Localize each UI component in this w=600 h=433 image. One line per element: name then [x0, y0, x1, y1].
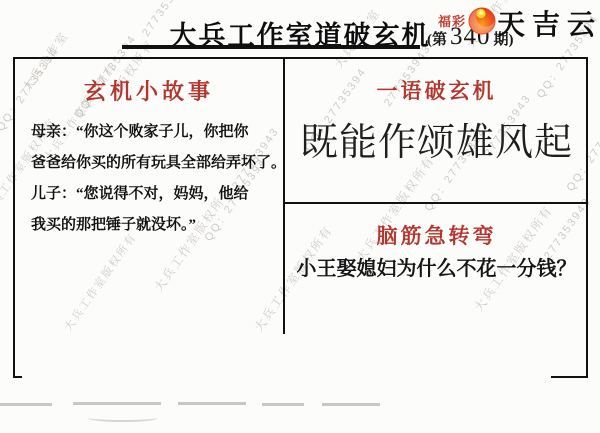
riddle-text: 小王娶媳妇为什么不花一分钱？: [285, 252, 588, 281]
box-bottom-border-left-segment: [13, 376, 22, 378]
panel-phrase: 一语破玄机 既能作颂雄风起: [285, 59, 588, 202]
brand-logo-group: 福彩 天吉云: [438, 2, 600, 43]
scan-artifact: [88, 414, 158, 422]
panel-story: 玄机小故事 母亲：“你这个败家子儿，你把你 爸爸给你买的所有玩具全部给弄坏了。 …: [15, 59, 283, 380]
story-title: 玄机小故事: [15, 75, 283, 106]
brand-fucai-label: 福彩: [438, 11, 466, 30]
content-box: 玄机小故事 母亲：“你这个败家子儿，你把你 爸爸给你买的所有玩具全部给弄坏了。 …: [13, 57, 588, 378]
phrase-text: 既能作颂雄风起: [285, 111, 588, 166]
scan-artifact: [178, 402, 246, 405]
story-line: 爸爸给你买的所有玩具全部给弄坏了。: [31, 148, 275, 179]
flame-swirl-icon: [466, 4, 498, 36]
title-underline: [122, 45, 420, 49]
riddle-title: 脑筋急转弯: [285, 220, 588, 250]
brand-tianjiyun-label: 天吉云: [497, 3, 600, 43]
story-line: 母亲：“你这个败家子儿，你把你: [31, 117, 275, 148]
phrase-title: 一语破玄机: [285, 75, 588, 105]
story-line: 儿子：“您说得不对，妈妈，他给: [31, 179, 275, 210]
story-line: 我买的那把锤子就没坏。”: [31, 210, 275, 241]
scan-artifact: [73, 402, 161, 405]
scan-artifact: [0, 403, 52, 406]
scan-artifact: [262, 403, 304, 406]
scan-artifact: [322, 403, 380, 406]
scanned-lottery-sheet: QQ：27735394大兵工作室版权所有大兵工作室277353943大兵工作室版…: [0, 0, 600, 433]
panel-riddle: 脑筋急转弯 小王娶媳妇为什么不花一分钱？: [285, 204, 588, 380]
story-text: 母亲：“你这个败家子儿，你把你 爸爸给你买的所有玩具全部给弄坏了。 儿子：“您说…: [31, 117, 275, 241]
box-bottom-border-right-segment: [551, 376, 588, 378]
